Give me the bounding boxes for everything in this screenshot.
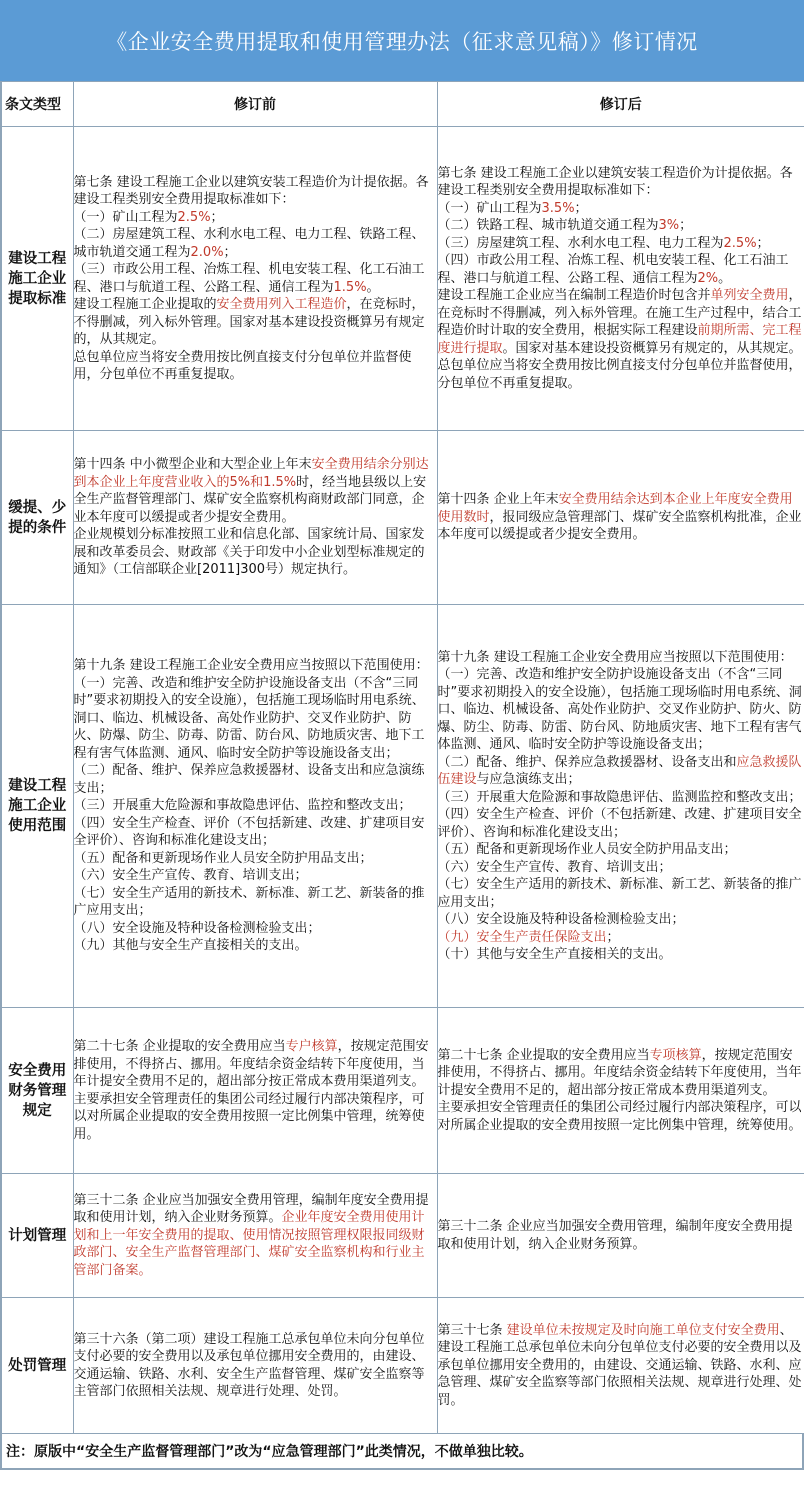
page-title: 《企业安全费用提取和使用管理办法（征求意见稿）》修订情况 [0,0,804,81]
cell-before: 第十九条 建设工程施工企业安全费用应当按照以下范围使用：（一）完善、改造和维护安… [73,605,437,1008]
table-row: 建设工程施工企业提取标准 第七条 建设工程施工企业以建筑安装工程造价为计提依据。… [1,127,804,431]
paragraph: 第三十七条 建设单位未按规定及时向施工单位支付安全费用、建设工程施工总承包单位未… [438,1322,804,1410]
text-segment: 第二十七条 企业提取的安全费用应当 [74,1039,286,1054]
text-segment: （三）开展重大危险源和事故隐患评估、监测监控和整改支出； [438,790,802,805]
text-segment: 第十九条 建设工程施工企业安全费用应当按照以下范围使用： [74,658,429,673]
cell-before: 第七条 建设工程施工企业以建筑安装工程造价为计提依据。各建设工程类别安全费用提取… [73,127,437,431]
text-segment: ； [211,210,224,225]
revised-highlight: 专户核算 [286,1039,338,1054]
paragraph: （三）开展重大危险源和事故隐患评估、监测监控和整改支出； [438,789,804,807]
cell-after: 第十四条 企业上年末安全费用结余达到本企业上年度安全费用使用数时，报同级应急管理… [437,431,804,605]
paragraph: 第二十七条 企业提取的安全费用应当专项核算，按规定范围安排使用，不得挤占、挪用。… [438,1047,804,1100]
table-row: 处罚管理 第三十六条（第二项）建设工程施工总承包单位未向分包单位支付必要的安全费… [1,1298,804,1434]
text-segment: 。国家对基本建设投资概算另有规定的，从其规定。 [503,341,802,356]
text-segment: （三）开展重大危险源和事故隐患评估、监控和整改支出； [74,798,412,813]
revised-highlight: 专项核算 [650,1048,702,1063]
revised-highlight: 2% [698,271,719,286]
text-segment: 第十四条 企业上年末 [438,492,559,507]
text-segment: （二）房屋建筑工程、水利水电工程、电力工程、铁路工程、城市轨道交通工程为 [74,227,425,260]
paragraph: （四）市政公用工程、冶炼工程、机电安装工程、化工石油工程、港口与航道工程、公路工… [438,252,804,287]
text-segment: ，报同级应急管理部门、煤矿安全监察机构批准，企业本年度可以缓提或者少提安全费用。 [438,510,802,543]
text-segment: （七）安全生产适用的新技术、新标准、新工艺、新装备的推广应用支出； [74,886,425,919]
revised-highlight: 单列安全费用 [711,288,789,303]
paragraph: （八）安全设施及特种设备检测检验支出； [74,920,437,938]
paragraph: （二）配备、维护、保养应急救援器材、设备支出和应急救援队伍建设与应急演练支出； [438,754,804,789]
table-row: 建设工程施工企业使用范围 第十九条 建设工程施工企业安全费用应当按照以下范围使用… [1,605,804,1008]
column-header-after: 修订后 [437,82,804,127]
text-segment: （四）安全生产检查、评价（不包括新建、改建、扩建项目安全评价）、咨询和标准化建设… [438,807,802,840]
revised-highlight: 3% [659,218,680,233]
revised-highlight: 2.5% [724,236,757,251]
text-segment: 第十九条 建设工程施工企业安全费用应当按照以下范围使用： [438,650,793,665]
text-segment: 第三十七条 [438,1323,507,1338]
column-header-type: 条文类型 [1,82,73,127]
paragraph: 第十九条 建设工程施工企业安全费用应当按照以下范围使用： [438,649,804,667]
text-segment: 第二十七条 企业提取的安全费用应当 [438,1048,650,1063]
paragraph: （三）房屋建筑工程、水利水电工程、电力工程为2.5%； [438,235,804,253]
revised-highlight: 2.0% [191,245,224,260]
text-segment: （六）安全生产宣传、教育、培训支出； [438,860,672,875]
paragraph: （三）市政公用工程、冶炼工程、机电安装工程、化工石油工程、港口与航道工程、公路工… [74,261,437,296]
text-segment: ； [575,201,588,216]
text-segment: （十）其他与安全生产直接相关的支出。 [438,947,672,962]
text-segment: 建设工程施工企业应当在编制工程造价时包含并 [438,288,711,303]
cell-before: 第二十七条 企业提取的安全费用应当专户核算，按规定范围安排使用，不得挤占、挪用。… [73,1008,437,1174]
paragraph: 第七条 建设工程施工企业以建筑安装工程造价为计提依据。各建设工程类别安全费用提取… [74,174,437,209]
paragraph: （二）房屋建筑工程、水利水电工程、电力工程、铁路工程、城市轨道交通工程为2.0%… [74,226,437,261]
text-segment: 总包单位应当将安全费用按比例直接支付分包单位并监督使用，分包单位不再重复提取。 [74,350,412,383]
text-segment: 第三十六条（第二项）建设工程施工总承包单位未向分包单位支付必要的安全费用以及承包… [74,1332,425,1400]
cell-after: 第七条 建设工程施工企业以建筑安装工程造价为计提依据。各建设工程类别安全费用提取… [437,127,804,431]
text-segment: （五）配备和更新现场作业人员安全防护用品支出； [74,851,373,866]
text-segment: 第七条 建设工程施工企业以建筑安装工程造价为计提依据。各建设工程类别安全费用提取… [438,166,793,199]
paragraph: （五）配备和更新现场作业人员安全防护用品支出； [438,841,804,859]
cell-after: 第三十二条 企业应当加强安全费用管理，编制年度安全费用提取和使用计划，纳入企业财… [437,1174,804,1298]
paragraph: （九）其他与安全生产直接相关的支出。 [74,937,437,955]
paragraph: （三）开展重大危险源和事故隐患评估、监控和整改支出； [74,797,437,815]
cell-before: 第十四条 中小微型企业和大型企业上年末安全费用结余分别达到本企业上年度营业收入的… [73,431,437,605]
paragraph: 第十四条 中小微型企业和大型企业上年末安全费用结余分别达到本企业上年度营业收入的… [74,456,437,526]
paragraph: （八）安全设施及特种设备检测检验支出； [438,911,804,929]
text-segment: 第七条 建设工程施工企业以建筑安装工程造价为计提依据。各建设工程类别安全费用提取… [74,175,429,208]
text-segment: （八）安全设施及特种设备检测检验支出； [438,912,685,927]
text-segment: 总包单位应当将安全费用按比例直接支付分包单位并监督使用，分包单位不再重复提取。 [438,358,802,391]
text-segment: 主要承担安全管理责任的集团公司经过履行内部决策程序，可以对所属企业提取的安全费用… [74,1092,425,1142]
paragraph: 第二十七条 企业提取的安全费用应当专户核算，按规定范围安排使用，不得挤占、挪用。… [74,1038,437,1091]
table-row: 计划管理 第三十二条 企业应当加强安全费用管理，编制年度安全费用提取和使用计划，… [1,1174,804,1298]
paragraph: （六）安全生产宣传、教育、培训支出； [438,859,804,877]
paragraph: 第三十二条 企业应当加强安全费用管理，编制年度安全费用提取和使用计划，纳入企业财… [438,1218,804,1253]
text-segment: 第三十二条 企业应当加强安全费用管理，编制年度安全费用提取和使用计划，纳入企业财… [438,1219,793,1252]
revised-highlight: 1.5% [334,280,367,295]
text-segment: ； [224,245,237,260]
text-segment: ； [607,930,620,945]
paragraph: 主要承担安全管理责任的集团公司经过履行内部决策程序，可以对所属企业提取的安全费用… [74,1091,437,1144]
text-segment: 主要承担安全管理责任的集团公司经过履行内部决策程序，可以对所属企业提取的安全费用… [438,1100,802,1133]
paragraph: （四）安全生产检查、评价（不包括新建、改建、扩建项目安全评价）、咨询和标准化建设… [438,806,804,841]
paragraph: 第十九条 建设工程施工企业安全费用应当按照以下范围使用： [74,657,437,675]
text-segment: （五）配备和更新现场作业人员安全防护用品支出； [438,842,737,857]
paragraph: （九）安全生产责任保险支出； [438,929,804,947]
paragraph: （一）完善、改造和维护安全防护设施设备支出（不含“三同时”要求初期投入的安全设施… [438,666,804,754]
paragraph: （六）安全生产宣传、教育、培训支出； [74,867,437,885]
row-type-label: 计划管理 [1,1174,73,1298]
text-segment: （九）其他与安全生产直接相关的支出。 [74,938,308,953]
text-segment: 企业规模划分标准按照工业和信息化部、国家统计局、国家发展和改革委员会、财政部《关… [74,527,425,577]
text-segment: （一）完善、改造和维护安全防护设施设备支出（不含“三同时”要求初期投入的安全设施… [438,667,802,752]
table-row: 安全费用财务管理规定 第二十七条 企业提取的安全费用应当专户核算，按规定范围安排… [1,1008,804,1174]
paragraph: （七）安全生产适用的新技术、新标准、新工艺、新装备的推广应用支出； [438,876,804,911]
paragraph: 第十四条 企业上年末安全费用结余达到本企业上年度安全费用使用数时，报同级应急管理… [438,491,804,544]
text-segment: ； [757,236,770,251]
comparison-table: 条文类型 修订前 修订后 建设工程施工企业提取标准 第七条 建设工程施工企业以建… [0,81,804,1434]
text-segment: 与应急演练支出； [477,772,581,787]
paragraph: （一）矿山工程为3.5%； [438,200,804,218]
paragraph: （一）完善、改造和维护安全防护设施设备支出（不含“三同时”要求初期投入的安全设施… [74,675,437,763]
paragraph: （四）安全生产检查、评价（不包括新建、改建、扩建项目安全评价）、咨询和标准化建设… [74,815,437,850]
row-type-label: 处罚管理 [1,1298,73,1434]
paragraph: 第七条 建设工程施工企业以建筑安装工程造价为计提依据。各建设工程类别安全费用提取… [438,165,804,200]
paragraph: 总包单位应当将安全费用按比例直接支付分包单位并监督使用，分包单位不再重复提取。 [438,357,804,392]
paragraph: （一）矿山工程为2.5%； [74,209,437,227]
table-row: 缓提、少提的条件 第十四条 中小微型企业和大型企业上年末安全费用结余分别达到本企… [1,431,804,605]
text-segment: ； [679,218,692,233]
table-header-row: 条文类型 修订前 修订后 [1,82,804,127]
paragraph: （十）其他与安全生产直接相关的支出。 [438,946,804,964]
footnote: 注：原版中“安全生产监督管理部门”改为“应急管理部门”此类情况，不做单独比较。 [0,1434,804,1470]
text-segment: 。 [367,280,380,295]
revised-highlight: 安全费用列入工程造价 [217,297,347,312]
revised-highlight: 3.5% [542,201,575,216]
text-segment: （二）铁路工程、城市轨道交通工程为 [438,218,659,233]
cell-after: 第十九条 建设工程施工企业安全费用应当按照以下范围使用：（一）完善、改造和维护安… [437,605,804,1008]
text-segment: （八）安全设施及特种设备检测检验支出； [74,921,321,936]
cell-before: 第三十六条（第二项）建设工程施工总承包单位未向分包单位支付必要的安全费用以及承包… [73,1298,437,1434]
text-segment: 建设工程施工企业提取的 [74,297,217,312]
text-segment: （六）安全生产宣传、教育、培训支出； [74,868,308,883]
row-type-label: 建设工程施工企业使用范围 [1,605,73,1008]
paragraph: 主要承担安全管理责任的集团公司经过履行内部决策程序，可以对所属企业提取的安全费用… [438,1099,804,1134]
text-segment: （二）配备、维护、保养应急救援器材、设备支出和 [438,755,737,770]
paragraph: （二）配备、维护、保养应急救援器材、设备支出和应急演练支出； [74,762,437,797]
text-segment: （四）市政公用工程、冶炼工程、机电安装工程、化工石油工程、港口与航道工程、公路工… [438,253,789,286]
revised-highlight: 建设单位未按规定及时向施工单位支付安全费用 [507,1323,780,1338]
text-segment: （二）配备、维护、保养应急救援器材、设备支出和应急演练支出； [74,763,425,796]
column-header-before: 修订前 [73,82,437,127]
paragraph: 总包单位应当将安全费用按比例直接支付分包单位并监督使用，分包单位不再重复提取。 [74,349,437,384]
text-segment: 第十四条 中小微型企业和大型企业上年末 [74,457,312,472]
cell-after: 第二十七条 企业提取的安全费用应当专项核算，按规定范围安排使用，不得挤占、挪用。… [437,1008,804,1174]
text-segment: 。 [718,271,731,286]
paragraph: （七）安全生产适用的新技术、新标准、新工艺、新装备的推广应用支出； [74,885,437,920]
row-type-label: 缓提、少提的条件 [1,431,73,605]
row-type-label: 建设工程施工企业提取标准 [1,127,73,431]
paragraph: 第三十二条 企业应当加强安全费用管理，编制年度安全费用提取和使用计划，纳入企业财… [74,1192,437,1280]
text-segment: （一）矿山工程为 [74,210,178,225]
revised-highlight: （九）安全生产责任保险支出 [438,930,607,945]
cell-before: 第三十二条 企业应当加强安全费用管理，编制年度安全费用提取和使用计划，纳入企业财… [73,1174,437,1298]
revised-highlight: 2.5% [178,210,211,225]
paragraph: 建设工程施工企业提取的安全费用列入工程造价，在竞标时，不得删减，列入标外管理。国… [74,296,437,349]
paragraph: （五）配备和更新现场作业人员安全防护用品支出； [74,850,437,868]
text-segment: （一）矿山工程为 [438,201,542,216]
cell-after: 第三十七条 建设单位未按规定及时向施工单位支付安全费用、建设工程施工总承包单位未… [437,1298,804,1434]
paragraph: （二）铁路工程、城市轨道交通工程为3%； [438,217,804,235]
paragraph: 企业规模划分标准按照工业和信息化部、国家统计局、国家发展和改革委员会、财政部《关… [74,526,437,579]
paragraph: 建设工程施工企业应当在编制工程造价时包含并单列安全费用，在竞标时不得删减，列入标… [438,287,804,357]
text-segment: （三）房屋建筑工程、水利水电工程、电力工程为 [438,236,724,251]
paragraph: 第三十六条（第二项）建设工程施工总承包单位未向分包单位支付必要的安全费用以及承包… [74,1331,437,1401]
text-segment: （一）完善、改造和维护安全防护设施设备支出（不含“三同时”要求初期投入的安全设施… [74,676,425,761]
text-segment: （七）安全生产适用的新技术、新标准、新工艺、新装备的推广应用支出； [438,877,802,910]
text-segment: （四）安全生产检查、评价（不包括新建、改建、扩建项目安全评价）、咨询和标准化建设… [74,816,425,849]
row-type-label: 安全费用财务管理规定 [1,1008,73,1174]
